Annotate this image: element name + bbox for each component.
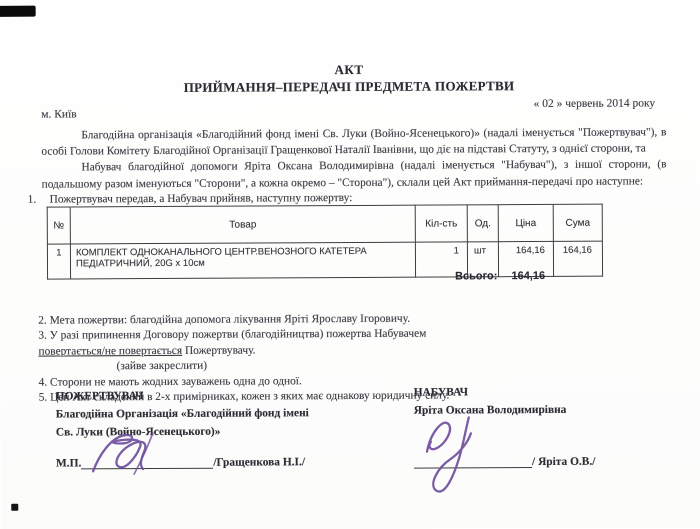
recipient-signature-row: / Яріта О.В./ — [414, 453, 684, 468]
row-num: 1 — [47, 244, 70, 279]
donor-name-line1: Благодійна Організація «Благодійний фонд… — [56, 405, 376, 424]
list-item-number: 1. — [28, 194, 50, 206]
goods-table: № Товар Кіл-сть Од. Ціна Сума 1 КОМПЛЕКТ… — [47, 204, 603, 280]
donor-signature-row: М.П. /Гращенкова Н.І./ — [56, 454, 376, 470]
row-sum: 164,16 — [553, 241, 602, 276]
date-label: « 02 » червень 2014 року — [534, 97, 656, 110]
clause-3-underlined: повертається/не повертається — [38, 345, 182, 358]
total-label: Всього: — [455, 270, 497, 282]
scan-artifact-bottom — [11, 504, 18, 511]
seal-label: М.П. — [56, 457, 81, 469]
clause-3-after: Пожертвувачу. — [182, 344, 255, 356]
column-header-qty: Кіл-сть — [415, 205, 467, 242]
intro-paragraph-1: Благодійна організація «Благодійний фонд… — [41, 124, 666, 160]
recipient-signature-line — [414, 454, 532, 469]
row-item-name: КОМПЛЕКТ ОДНОКАНАЛЬНОГО ЦЕНТР.ВЕНОЗНОГО … — [70, 242, 415, 279]
scanned-document: АКТ ПРИЙМАННЯ–ПЕРЕДАЧІ ПРЕДМЕТА ПОЖЕРТВИ… — [0, 0, 700, 529]
column-header-unit: Од. — [467, 205, 498, 242]
city-label: м. Київ — [41, 108, 77, 120]
donor-signature-line — [81, 455, 213, 470]
document-title: АКТ ПРИЙМАННЯ–ПЕРЕДАЧІ ПРЕДМЕТА ПОЖЕРТВИ — [0, 60, 699, 97]
scan-artifact-top — [0, 6, 36, 17]
donor-signature-block: ПОЖЕРТВУВАЧ Благодійна Організація «Благ… — [56, 389, 376, 470]
list-item-text: Пожертвувач передав, а Набувач прийняв, … — [50, 192, 353, 206]
total-line: Всього:164,16 — [455, 270, 545, 282]
donor-signatory-name: /Гращенкова Н.І./ — [213, 456, 305, 468]
column-header-price: Ціна — [498, 204, 553, 241]
column-header-sum: Сума — [553, 204, 602, 241]
recipient-name: Яріта Оксана Володимирівна — [414, 401, 684, 420]
recipient-signature-block: НАБУВАЧ Яріта Оксана Володимирівна / Ярі… — [414, 385, 684, 468]
intro-paragraph-2: Набувач благодійної допомоги Яріта Оксан… — [41, 157, 666, 193]
column-header-item: Товар — [70, 205, 415, 244]
recipient-role: НАБУВАЧ — [414, 385, 684, 398]
column-header-num: № — [47, 207, 70, 244]
recipient-signatory-name: / Яріта О.В./ — [532, 455, 595, 467]
donor-role: ПОЖЕРТВУВАЧ — [56, 389, 376, 403]
table-header-row: № Товар Кіл-сть Од. Ціна Сума — [47, 204, 602, 244]
intro-paragraphs: Благодійна організація «Благодійний фонд… — [41, 124, 666, 192]
total-value: 164,16 — [511, 270, 545, 282]
donor-name-line2: Св. Луки (Войно-Ясенецького)» — [56, 422, 376, 441]
list-item-1: 1.Пожертвувач передав, а Набувач прийняв… — [28, 192, 353, 206]
title-line2: ПРИЙМАННЯ–ПЕРЕДАЧІ ПРЕДМЕТА ПОЖЕРТВИ — [0, 77, 699, 97]
